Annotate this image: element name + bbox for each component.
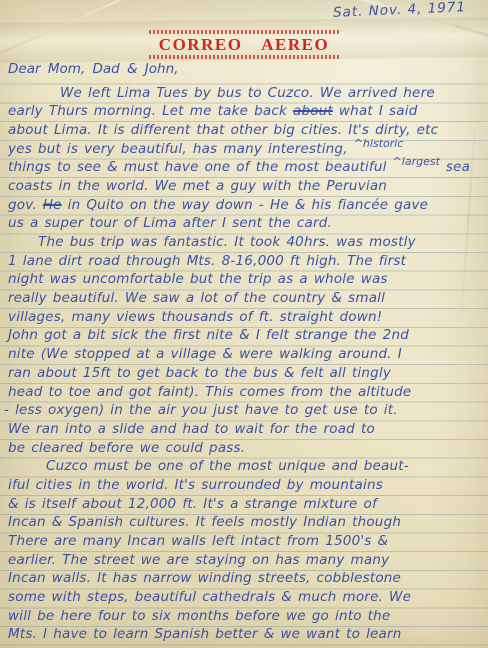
- letter-segment: iful cities in the world. It's surrounde…: [8, 477, 383, 493]
- letter-line: & is itself about 12,000 ft. It's a stra…: [8, 495, 484, 514]
- letter-segment: what I said: [333, 103, 418, 119]
- letter-line: early Thurs morning. Let me take back ab…: [8, 102, 484, 121]
- letter-segment: sea: [440, 159, 470, 175]
- letter-segment: earlier. The street we are staying on ha…: [8, 552, 389, 568]
- paper-crease-top-left: [0, 0, 123, 64]
- letter-line: John got a bit sick the first nite & I f…: [8, 326, 484, 345]
- letter-segment: The bus trip was fantastic. It took 40hr…: [38, 234, 416, 250]
- letter-segment: us a super tour of Lima after I sent the…: [8, 215, 332, 231]
- letter-line: The bus trip was fantastic. It took 40hr…: [38, 233, 484, 252]
- letter-line: Cuzco must be one of the most unique and…: [46, 457, 484, 476]
- letter-segment: be cleared before we could pass.: [8, 440, 245, 456]
- letter-segment: ran about 15ft to get back to the bus & …: [8, 365, 391, 381]
- letter-segment-ins: ^largest: [393, 153, 440, 172]
- letter-line: We left Lima Tues by bus to Cuzco. We ar…: [60, 84, 484, 103]
- letter-line: iful cities in the world. It's surrounde…: [8, 476, 484, 495]
- letter-segment: gov.: [8, 197, 43, 213]
- letter-segment: things to see & must have one of the mos…: [8, 159, 393, 175]
- letter-line: head to toe and got faint). This comes f…: [8, 383, 484, 402]
- letter-segment: We ran into a slide and had to wait for …: [8, 421, 375, 437]
- letter-date: Sat. Nov. 4, 1971: [333, 0, 467, 21]
- letter-line: us a super tour of Lima after I sent the…: [8, 214, 484, 233]
- letter-segment: nite (We stopped at a village & were wal…: [8, 346, 402, 362]
- letter-line: gov. He in Quito on the way down - He & …: [8, 196, 484, 215]
- letter-segment-ins: ^historic: [354, 135, 404, 154]
- letter-line: earlier. The street we are staying on ha…: [8, 551, 484, 570]
- letter-segment: will be here four to six months before w…: [8, 608, 390, 624]
- letter-body: We left Lima Tues by bus to Cuzco. We ar…: [8, 84, 484, 645]
- letter-line: things to see & must have one of the mos…: [8, 158, 484, 177]
- letter-segment: 1 lane dirt road through Mts. 8-16,000 f…: [8, 253, 406, 269]
- letter-line: 1 lane dirt road through Mts. 8-16,000 f…: [8, 252, 484, 271]
- letter-line: night was uncomfortable but the trip as …: [8, 270, 484, 289]
- letter-line: villages, many views thousands of ft. st…: [8, 308, 484, 327]
- letter-line: We ran into a slide and had to wait for …: [8, 420, 484, 439]
- salutation: Dear Mom, Dad & John,: [8, 61, 178, 77]
- letter-segment-strike: He: [43, 197, 62, 213]
- letter-line: - less oxygen) in the air you just have …: [4, 401, 484, 420]
- stamp-text: CORREO AEREO: [149, 34, 339, 55]
- letter-segment: in Quito on the way down - He & his fian…: [62, 197, 429, 213]
- letter-line: ran about 15ft to get back to the bus & …: [8, 364, 484, 383]
- letter-segment: head to toe and got faint). This comes f…: [8, 384, 411, 400]
- letter-segment: Incan & Spanish cultures. It feels mostl…: [8, 514, 401, 530]
- letter-line: be cleared before we could pass.: [8, 439, 484, 458]
- letter-line: will be here four to six months before w…: [8, 607, 484, 626]
- letter-segment: - less oxygen) in the air you just have …: [4, 402, 398, 418]
- letter-segment: We left Lima Tues by bus to Cuzco. We ar…: [60, 85, 435, 101]
- letter-line: Incan walls. It has narrow winding stree…: [8, 569, 484, 588]
- letter-segment: Cuzco must be one of the most unique and…: [46, 458, 409, 474]
- letter-segment: really beautiful. We saw a lot of the co…: [8, 290, 385, 306]
- letter-segment: Mts. I have to learn Spanish better & we…: [8, 626, 402, 642]
- correo-aereo-stamp: CORREO AEREO: [149, 30, 339, 59]
- letter-segment: night was uncomfortable but the trip as …: [8, 271, 388, 287]
- letter-line: There are many Incan walls left intact f…: [8, 532, 484, 551]
- letter-segment: some with steps, beautiful cathedrals & …: [8, 589, 411, 605]
- letter-segment: villages, many views thousands of ft. st…: [8, 309, 382, 325]
- letter-line: nite (We stopped at a village & were wal…: [8, 345, 484, 364]
- letter-line: Incan & Spanish cultures. It feels mostl…: [8, 513, 484, 532]
- letter-segment: There are many Incan walls left intact f…: [8, 533, 388, 549]
- stamp-hatch-bottom: [149, 55, 339, 59]
- letter-line: about Lima. It is different that other b…: [8, 121, 484, 140]
- letter-segment: coasts in the world. We met a guy with t…: [8, 178, 387, 194]
- letter-line: really beautiful. We saw a lot of the co…: [8, 289, 484, 308]
- letter-segment: early Thurs morning. Let me take back: [8, 103, 293, 119]
- letter-line: coasts in the world. We met a guy with t…: [8, 177, 484, 196]
- letter-segment: John got a bit sick the first nite & I f…: [8, 327, 409, 343]
- letter-segment: & is itself about 12,000 ft. It's a stra…: [8, 496, 377, 512]
- letter-line: some with steps, beautiful cathedrals & …: [8, 588, 484, 607]
- letter-segment: Incan walls. It has narrow winding stree…: [8, 570, 401, 586]
- letter-segment: yes but is very beautiful, has many inte…: [8, 141, 354, 157]
- letter-line: Mts. I have to learn Spanish better & we…: [8, 625, 484, 644]
- letter-segment-strike: about: [293, 103, 333, 119]
- letter-page: Sat. Nov. 4, 1971 CORREO AEREO Dear Mom,…: [0, 0, 488, 648]
